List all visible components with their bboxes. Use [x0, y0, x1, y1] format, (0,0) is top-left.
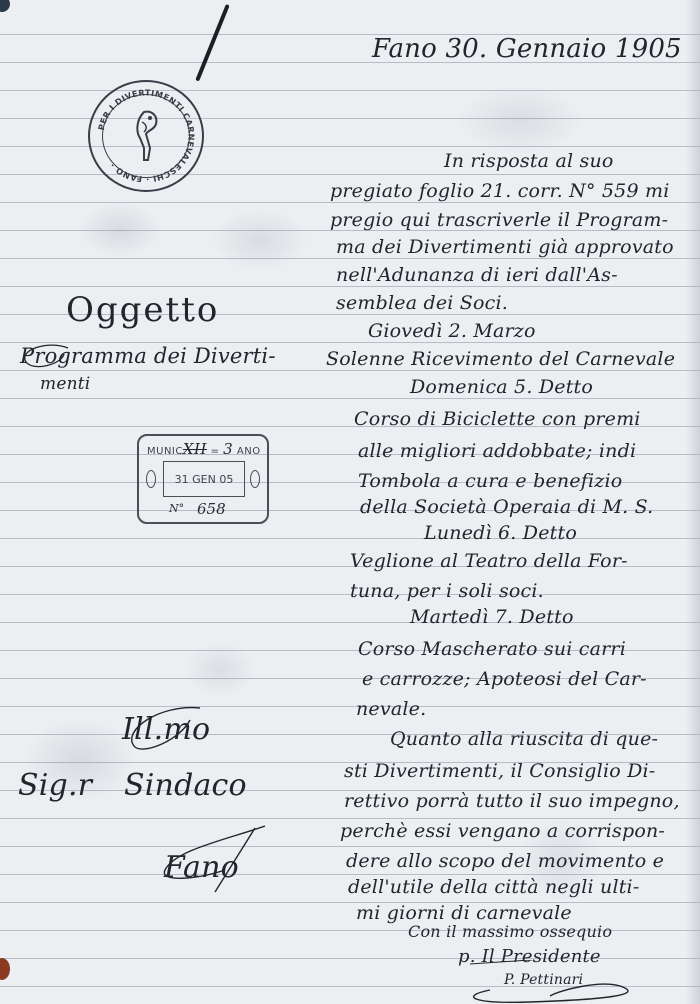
body-line: Quanto alla riuscita di que- — [390, 728, 658, 750]
letter-page: Fano 30. Gennaio 1905 PER I DIVERTIMENTI… — [0, 0, 700, 1004]
stamp-handwritten-roman: XII — [183, 440, 207, 458]
body-line: dell'utile della città negli ulti- — [348, 876, 639, 898]
body-line: nevale. — [356, 698, 426, 720]
body-line: alle migliori addobbate; indi — [358, 440, 636, 462]
body-line: In risposta al suo — [444, 150, 614, 172]
addressee-sindaco: Sindaco — [124, 768, 247, 803]
body-line-heading: Giovedì 2. Marzo — [368, 320, 536, 342]
addressee-sig: Sig.r — [18, 768, 92, 803]
stamp-ornament-right — [250, 470, 260, 488]
stamp-header-suffix: ANO — [233, 446, 260, 457]
fano-flourish — [155, 820, 275, 900]
stamp-date-box: 31 GEN 05 — [163, 461, 245, 497]
registry-stamp: MUNICIPIO DI FANO MUNICXII = 3 ANO 31 GE… — [137, 434, 269, 524]
jester-figure-icon — [130, 108, 162, 164]
body-line: pregiato foglio 21. corr. N° 559 mi — [330, 180, 670, 202]
stamp-header-prefix: MUNIC — [147, 446, 183, 457]
body-line-heading: Martedì 7. Detto — [410, 606, 574, 628]
stamp-number-prefix: N° — [169, 502, 184, 515]
body-line: Corso Mascherato sui carri — [358, 638, 626, 660]
body-line: ma dei Divertimenti già approvato — [336, 236, 674, 258]
body-line: nell'Adunanza di ieri dall'As- — [336, 264, 618, 286]
body-line: Veglione al Teatro della For- — [350, 550, 628, 572]
society-seal: PER I DIVERTIMENTI CARNEVALESCHI · FANO … — [88, 80, 204, 192]
stamp-date: 31 GEN 05 — [175, 473, 234, 486]
body-line-heading: Domenica 5. Detto — [410, 376, 593, 398]
stamp-header: MUNICIPIO DI FANO MUNICXII = 3 ANO — [147, 440, 261, 458]
body-line: Corso di Biciclette con premi — [354, 408, 641, 430]
stamp-protocol-number: 658 — [197, 500, 226, 518]
signature-flourish — [450, 960, 670, 1004]
body-line: mi giorni di carnevale — [356, 902, 572, 924]
body-line: sti Divertimenti, il Consiglio Di- — [344, 760, 655, 782]
stamp-ornament-left — [146, 470, 156, 488]
body-line: perchè essi vengano a corrispon- — [340, 820, 665, 842]
body-line: semblea dei Soci. — [336, 292, 508, 314]
body-line: della Società Operaia di M. S. — [360, 496, 653, 518]
corner-mark-top-left — [0, 0, 10, 12]
page-number-mark — [195, 4, 229, 82]
body-line: dere allo scopo del movimento e — [346, 850, 664, 872]
body-line: Tombola a cura e benefizio — [358, 470, 622, 492]
body-line: pregio qui trascriverle il Program- — [330, 209, 668, 231]
page-edge-shadow — [686, 0, 700, 1004]
corner-mark-bottom-left — [0, 958, 10, 980]
date-line: Fano 30. Gennaio 1905 — [372, 34, 682, 64]
body-line: rettivo porrà tutto il suo impegno, — [344, 790, 680, 812]
closing-salutation: Con il massimo ossequio — [408, 922, 612, 941]
body-line-heading: Lunedì 6. Detto — [424, 522, 577, 544]
stamp-header-mid: = — [207, 446, 223, 457]
addressee-flourish — [120, 700, 220, 760]
subject-flourish — [18, 340, 78, 410]
body-line: e carrozze; Apoteosi del Car- — [362, 668, 647, 690]
body-line: tuna, per i soli soci. — [350, 580, 544, 602]
subject-heading: Oggetto — [66, 290, 219, 330]
stamp-handwritten-number: 3 — [223, 440, 233, 458]
body-line: Solenne Ricevimento del Carnevale — [326, 348, 675, 370]
